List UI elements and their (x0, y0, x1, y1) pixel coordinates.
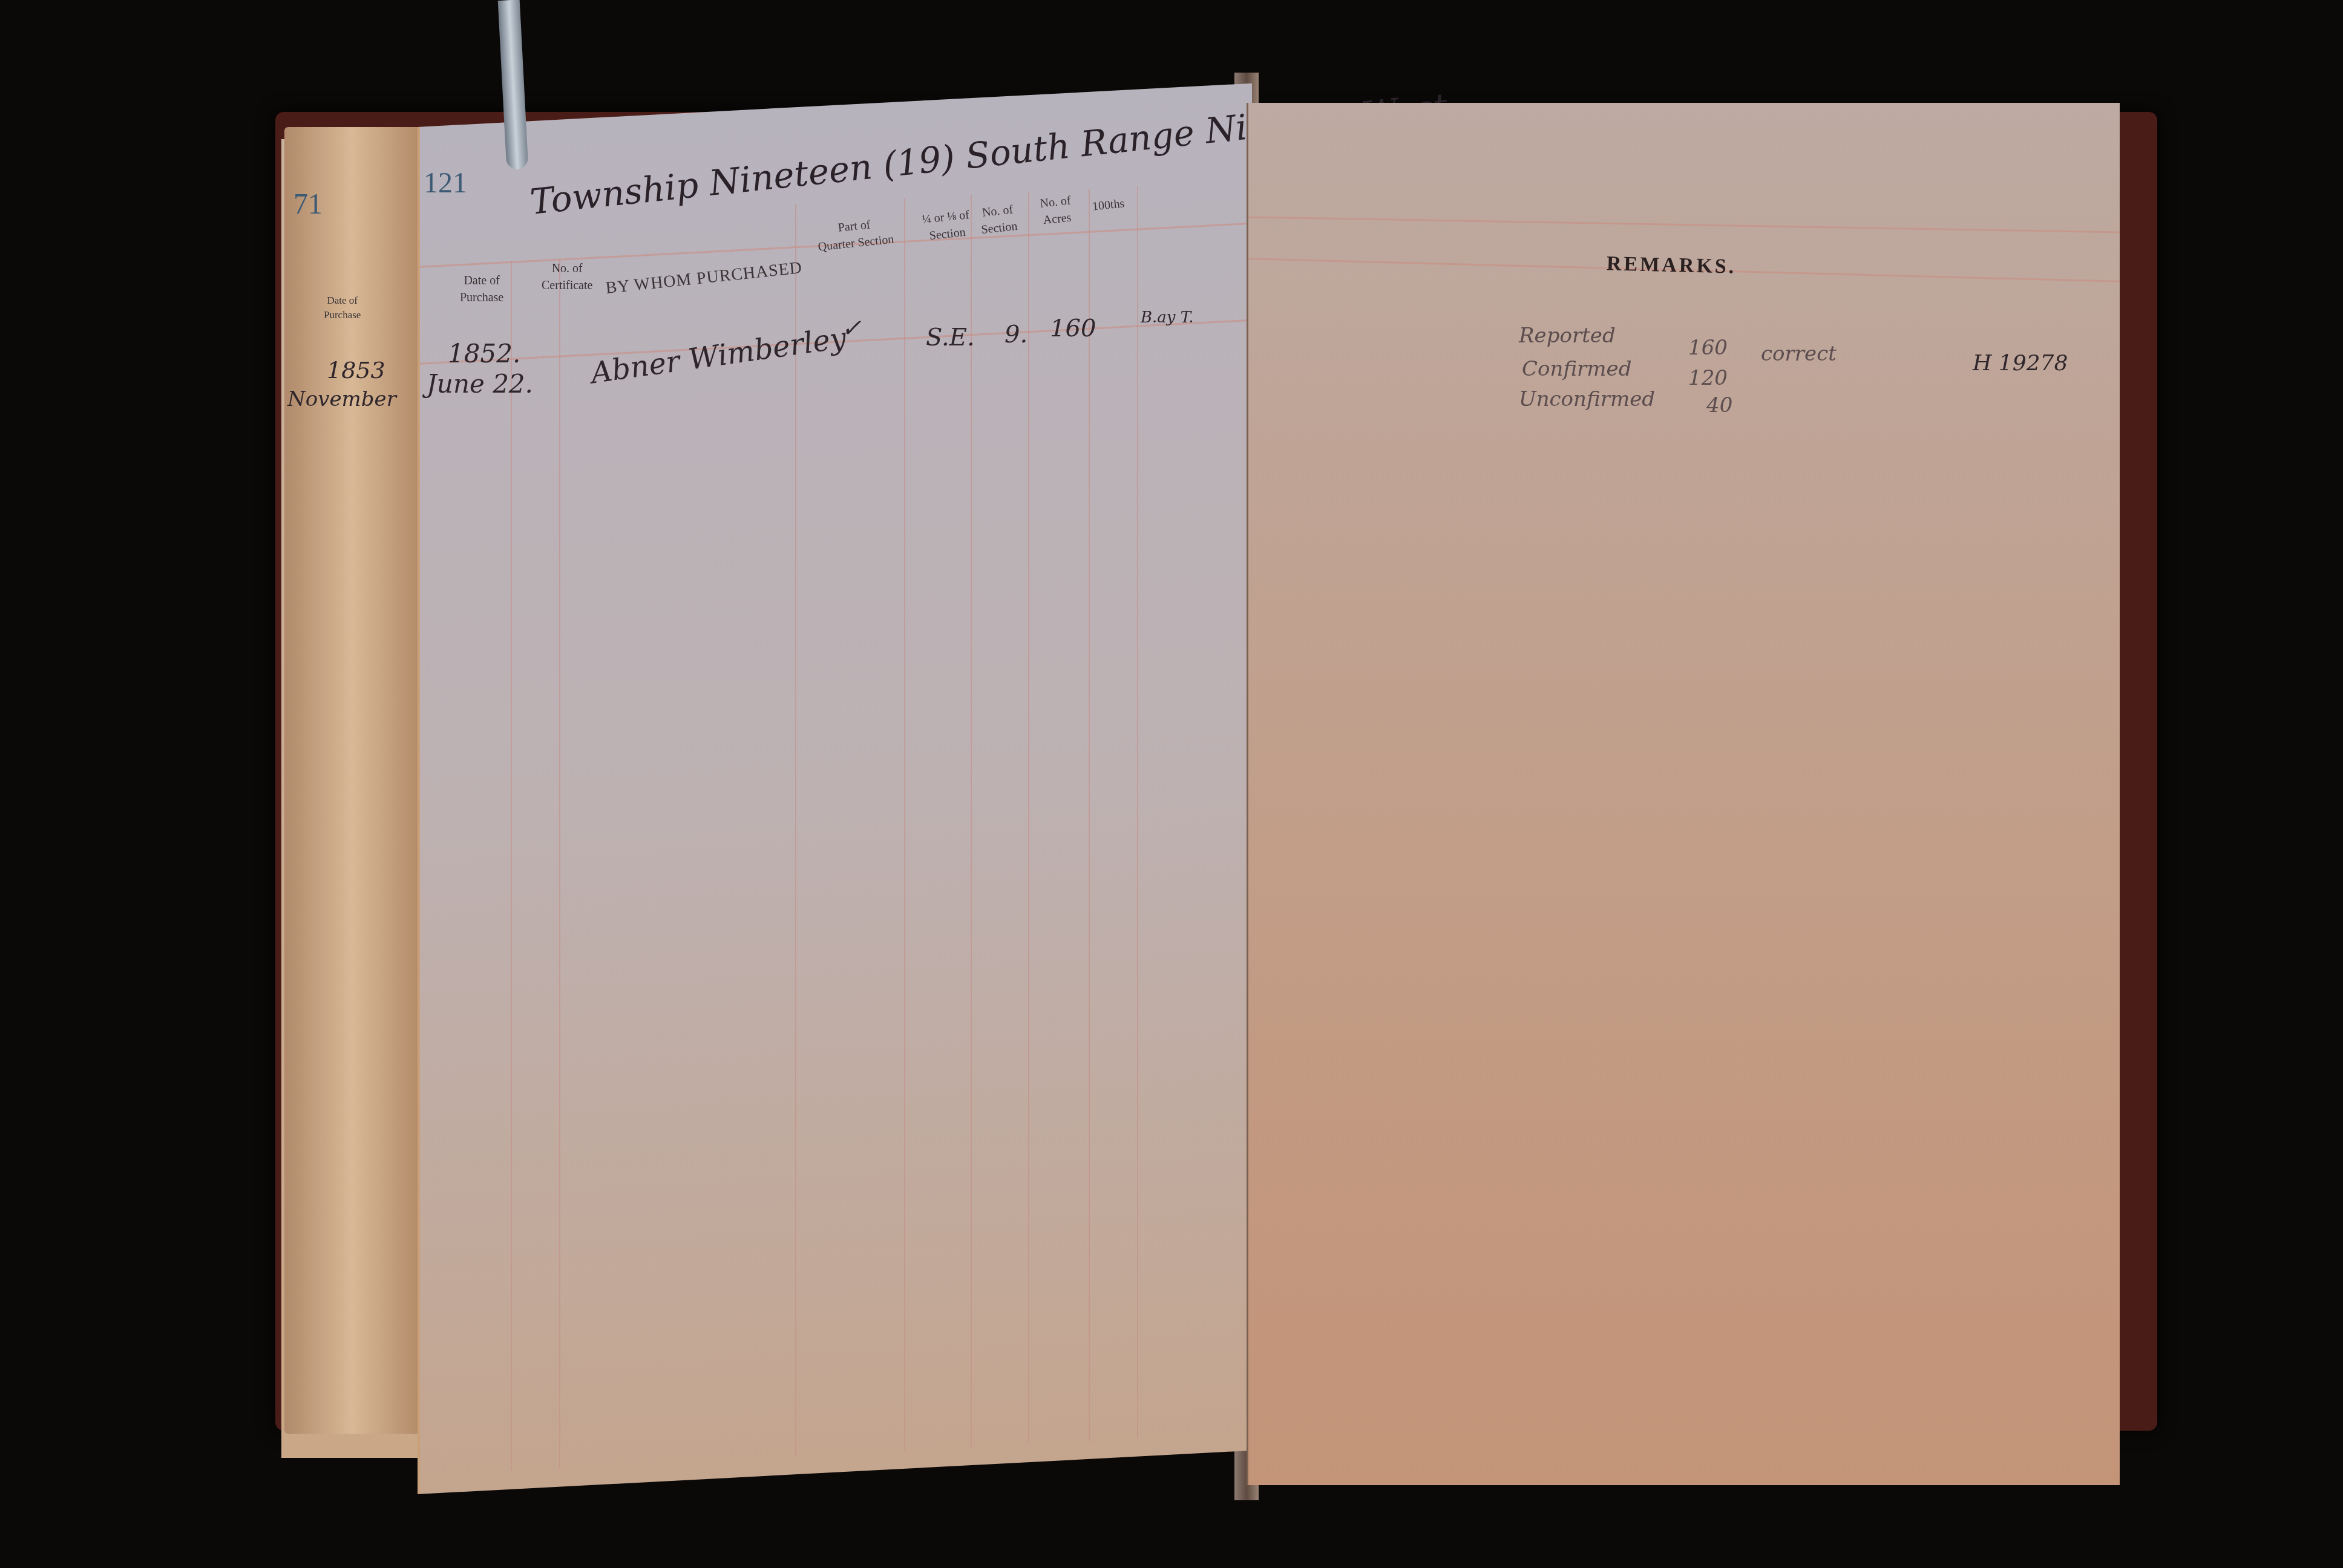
header-acres: No. of Acres (1039, 192, 1073, 229)
entry-fraction: S.E. (926, 324, 975, 351)
entry-acres: 160 (1050, 315, 1096, 342)
entry-date: June 22. (427, 369, 533, 399)
col-rule (971, 195, 972, 1447)
col-rule (1028, 192, 1029, 1444)
entry-year: 1852. (448, 339, 520, 368)
remark-label-unconfirmed: Unconfirmed (1519, 387, 1655, 411)
remarks-rule-top (1248, 216, 2120, 233)
col-rule (795, 204, 796, 1456)
entry-section: 9. (1004, 321, 1027, 348)
header-fraction: ¼ or ⅛ of Section (921, 206, 972, 245)
remark-label-confirmed: Confirmed (1522, 357, 1631, 381)
left-page-number: 121 (424, 166, 467, 200)
reference-number: H 19278 (1973, 351, 2068, 376)
remark-value-confirmed: 120 (1688, 366, 1728, 390)
header-hundredths: 100ths (1092, 195, 1126, 215)
header-certificate: No. of Certificate (542, 260, 592, 294)
remark-extra-reported: correct (1761, 342, 1837, 366)
underlay-entry-month: November (287, 387, 396, 411)
ledger-right-page (1247, 103, 2120, 1485)
ledger-left-page (418, 83, 1252, 1494)
remark-value-unconfirmed: 40 (1706, 393, 1732, 417)
header-section: No. of Section (978, 201, 1018, 238)
remarks-header: REMARKS. (1607, 252, 1737, 279)
col-rule (511, 261, 512, 1471)
col-rule (1137, 186, 1138, 1439)
entry-part-quarter-check: ✓ (841, 315, 862, 342)
entry-note: B.ay T. (1141, 309, 1194, 327)
remark-value-reported: 160 (1688, 336, 1728, 360)
col-rule (1089, 189, 1090, 1441)
header-date: Date of Purchase (460, 272, 503, 306)
col-rule (904, 198, 905, 1451)
underlay-date-label: Date of Purchase (324, 293, 361, 322)
col-rule (559, 259, 560, 1469)
underlay-entry-year: 1853 (327, 357, 385, 384)
remark-label-reported: Reported (1519, 324, 1616, 348)
underlay-page-number: 71 (293, 188, 323, 221)
